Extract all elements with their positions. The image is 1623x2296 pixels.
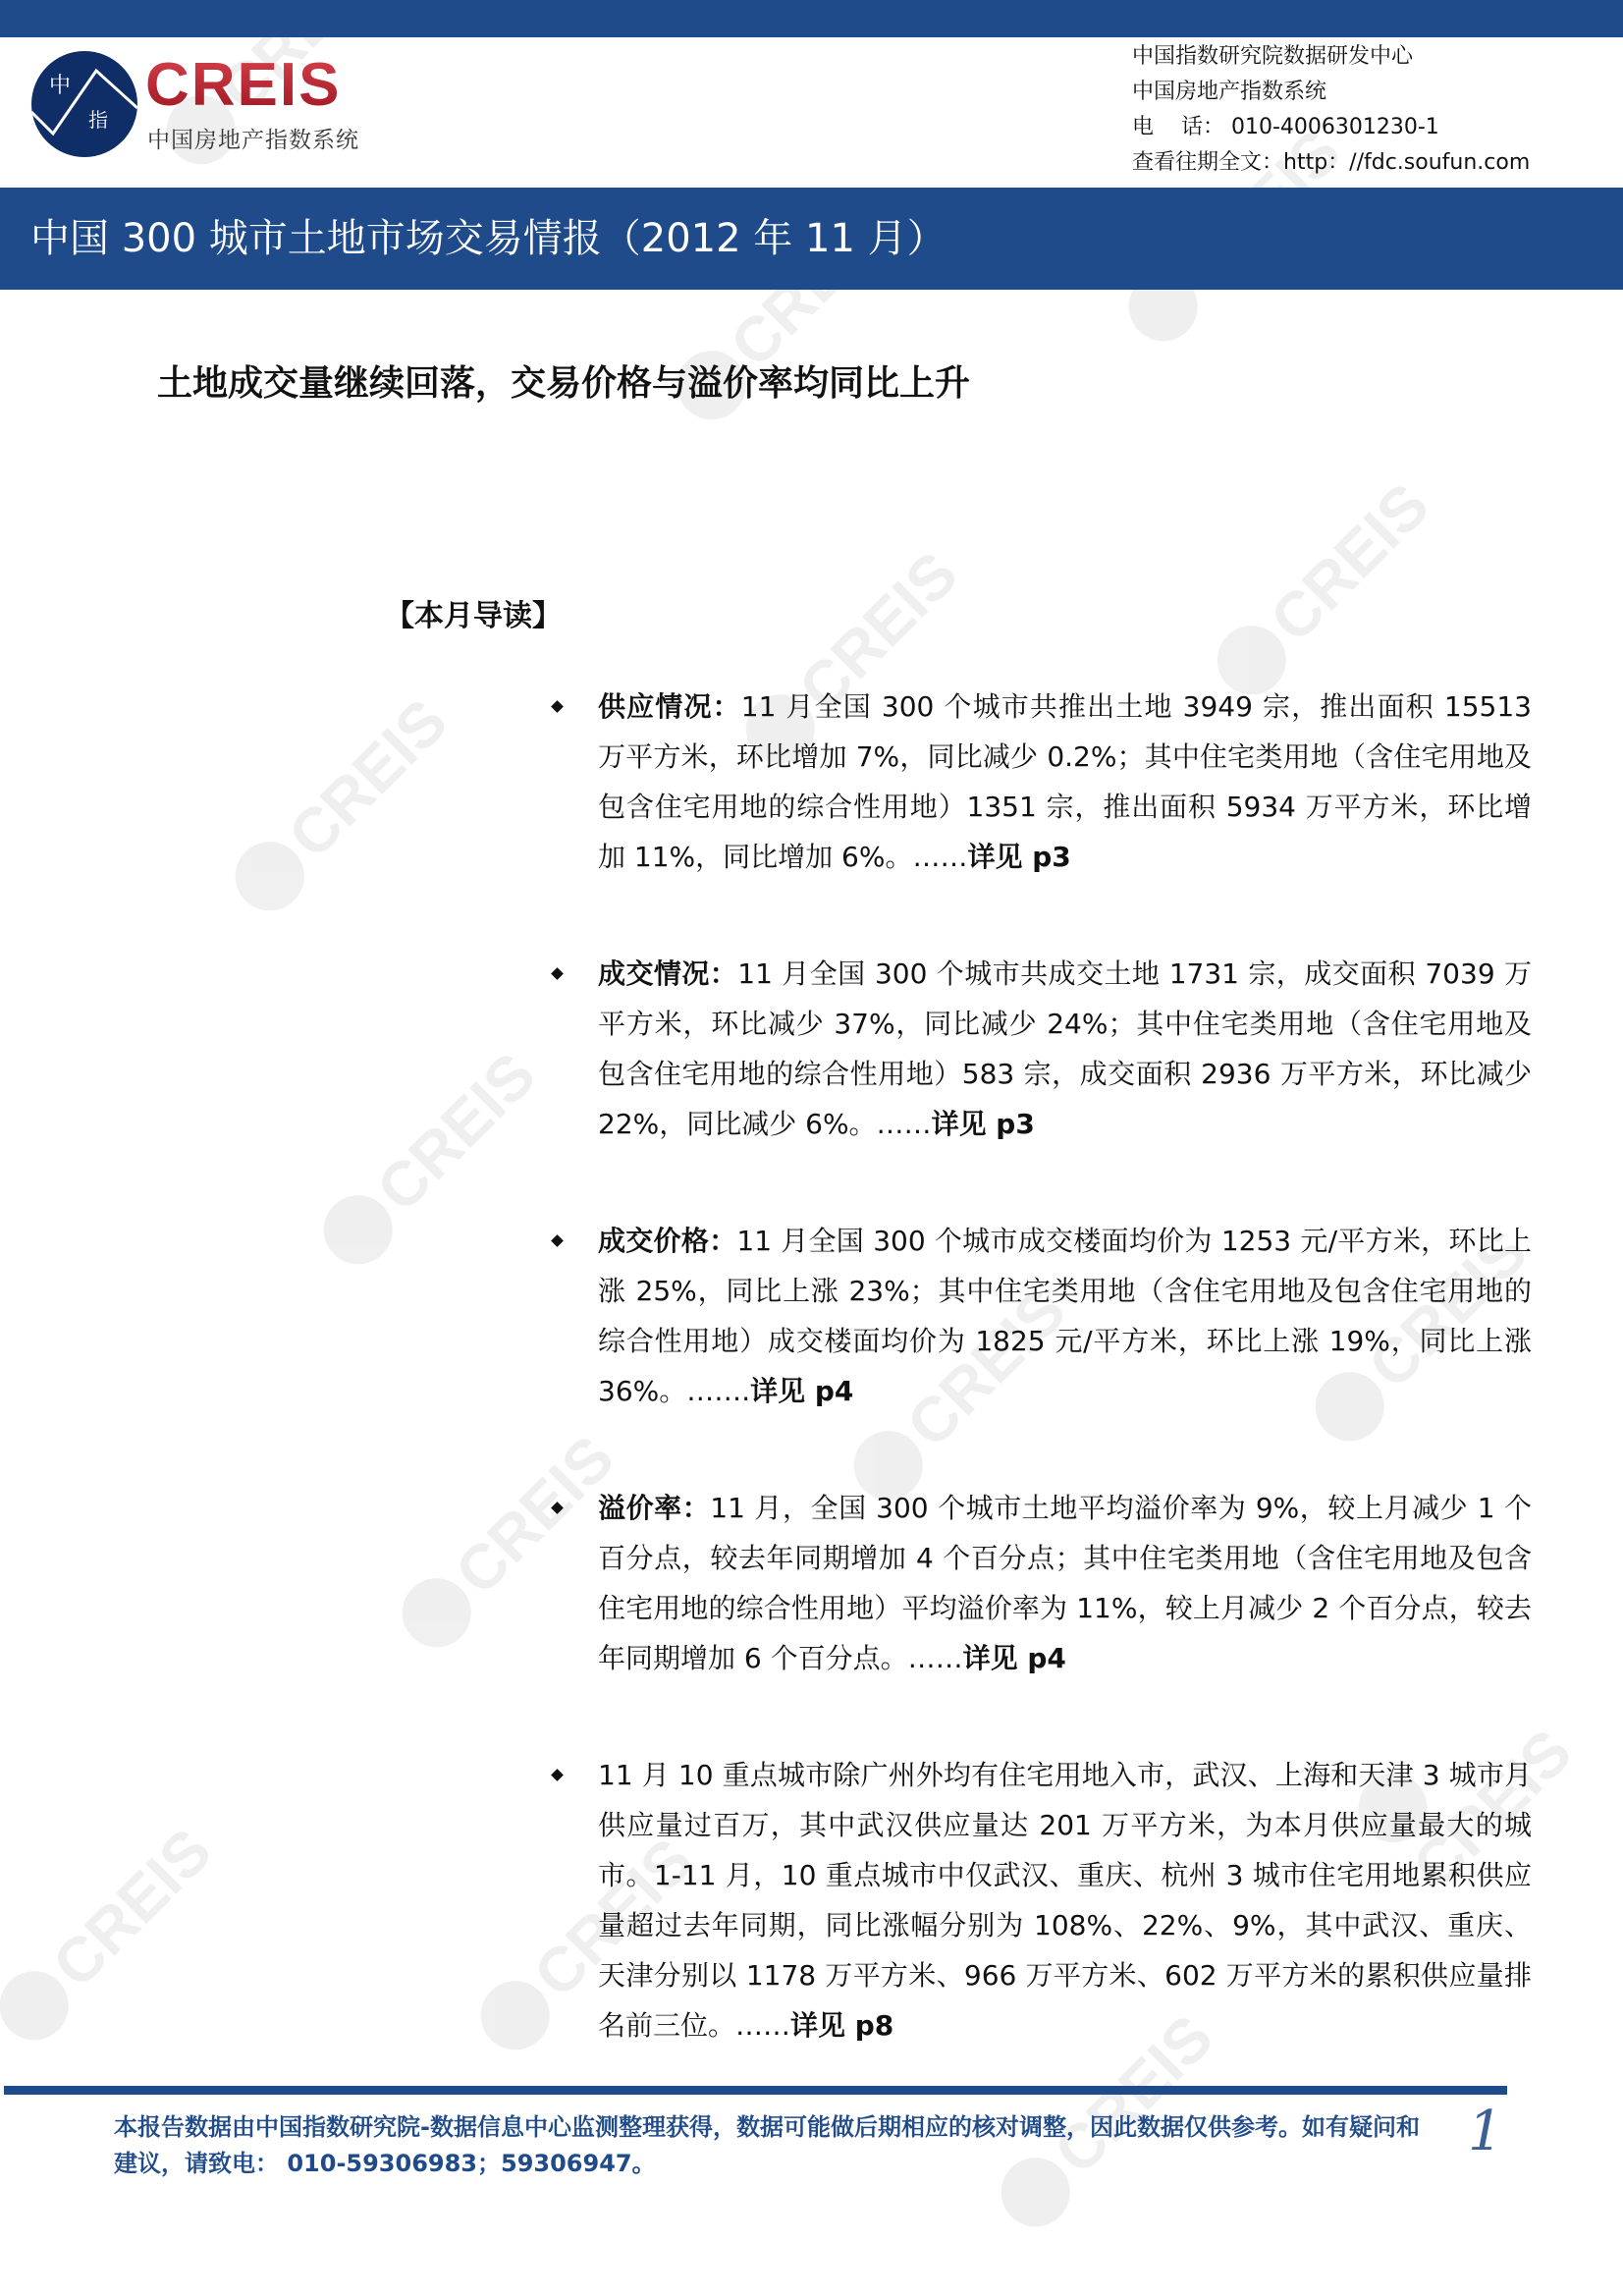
bullet-text: 11 月 10 重点城市除广州外均有住宅用地入市，武汉、上海和天津 3 城市月供… (598, 1750, 1532, 2050)
diamond-bullet-icon (551, 700, 564, 713)
bullet-lead: 溢价率： (598, 1492, 710, 1524)
bullet-text: 供应情况：11 月全国 300 个城市共推出土地 3949 宗，推出面积 155… (598, 682, 1532, 882)
watermark-logo-icon (0, 1957, 82, 2054)
logo-subtitle: 中国房地产指数系统 (147, 122, 359, 154)
bullet-transactions: 成交情况：11 月全国 300 个城市共成交土地 1731 宗，成交面积 703… (550, 949, 1532, 1149)
bullet-body: 11 月全国 300 个城市成交楼面均价为 1253 元/平方米，环比上涨 25… (598, 1225, 1532, 1407)
bullet-premium-rate: 溢价率：11 月，全国 300 个城市土地平均溢价率为 9%，较上月减少 1 个… (550, 1483, 1532, 1683)
headline: 土地成交量继续回落，交易价格与溢价率均同比上升 (157, 355, 970, 406)
page-ref-link[interactable]: 详见 p3 (932, 1108, 1035, 1140)
bullet-lead: 供应情况： (598, 690, 741, 723)
footer-note: 本报告数据由中国指数研究院-数据信息中心监测整理获得，数据可能做后期相应的核对调… (114, 2109, 1430, 2182)
bullet-lead: 成交情况： (598, 957, 737, 990)
bullet-lead: 成交价格： (598, 1225, 736, 1257)
logo-check-icon (31, 51, 137, 157)
contact-info: 中国指数研究院数据研发中心 中国房地产指数系统 电 话： 010-4006301… (1132, 39, 1530, 181)
logo-wordmark: CREIS (145, 55, 341, 116)
watermark: CREIS (0, 1814, 226, 2055)
watermark: CREIS (220, 684, 461, 926)
diamond-bullet-icon (551, 967, 564, 980)
report-title: 中国 300 城市土地市场交易情报（2012 年 11 月） (30, 214, 947, 263)
bullet-body: 11 月 10 重点城市除广州外均有住宅用地入市，武汉、上海和天津 3 城市月供… (598, 1759, 1532, 2042)
diamond-bullet-icon (551, 1234, 564, 1247)
bullet-text: 溢价率：11 月，全国 300 个城市土地平均溢价率为 9%，较上月减少 1 个… (598, 1483, 1532, 1683)
logo-char-zhi: 指 (88, 104, 108, 133)
bullet-text: 成交情况：11 月全国 300 个城市共成交土地 1731 宗，成交面积 703… (598, 949, 1532, 1149)
bullet-supply: 供应情况：11 月全国 300 个城市共推出土地 3949 宗，推出面积 155… (550, 682, 1532, 882)
watermark: CREIS (1202, 468, 1443, 710)
page-ref-link[interactable]: 详见 p3 (967, 841, 1070, 873)
watermark: CREIS (308, 1038, 550, 1280)
diamond-bullet-icon (551, 1502, 564, 1514)
page-ref-link[interactable]: 详见 p4 (963, 1642, 1066, 1674)
bullet-body: 11 月全国 300 个城市共成交土地 1731 宗，成交面积 7039 万平方… (598, 957, 1532, 1140)
contact-website-link[interactable]: 查看往期全文：http：//fdc.soufun.com (1132, 145, 1530, 181)
bullet-key-cities: 11 月 10 重点城市除广州外均有住宅用地入市，武汉、上海和天津 3 城市月供… (550, 1750, 1532, 2050)
bullet-price: 成交价格：11 月全国 300 个城市成交楼面均价为 1253 元/平方米，环比… (550, 1216, 1532, 1416)
bullet-text: 成交价格：11 月全国 300 个城市成交楼面均价为 1253 元/平方米，环比… (598, 1216, 1532, 1416)
top-band (0, 0, 1623, 37)
watermark-logo-icon (309, 1181, 406, 1279)
guide-bullet-list: 供应情况：11 月全国 300 个城市共推出土地 3949 宗，推出面积 155… (550, 682, 1532, 2117)
guide-label: 【本月导读】 (385, 591, 562, 634)
watermark-logo-icon (221, 828, 318, 925)
footer-divider (4, 2086, 1507, 2095)
page-number: 1 (1468, 2100, 1503, 2163)
creis-logo: 中 指 CREIS 中国房地产指数系统 (31, 51, 405, 159)
page-ref-link[interactable]: 详见 p4 (750, 1375, 853, 1407)
contact-system: 中国房地产指数系统 (1132, 75, 1530, 110)
title-band: 中国 300 城市土地市场交易情报（2012 年 11 月） (0, 188, 1623, 290)
watermark-logo-icon (388, 1564, 485, 1662)
logo-char-zhong: 中 (49, 69, 71, 99)
logo-emblem-icon: 中 指 (31, 51, 137, 157)
contact-phone: 电 话： 010-4006301230-1 (1132, 110, 1530, 145)
contact-org: 中国指数研究院数据研发中心 (1132, 39, 1530, 75)
page-ref-link[interactable]: 详见 p8 (790, 2009, 893, 2042)
diamond-bullet-icon (551, 1769, 564, 1781)
